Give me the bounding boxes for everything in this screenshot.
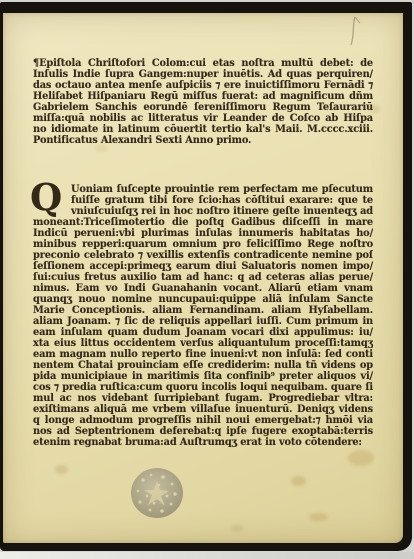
- header-line: ¶Epiſtola Chriſtofori Colom:cui etas noſ…: [33, 58, 373, 69]
- body-line: cos ⁊ predia ruſtica:cum quoru incolis l…: [33, 382, 373, 393]
- body-line: moneant:Triceſimotertio die poſtq Gadibu…: [33, 217, 373, 228]
- body-line: preconio celebrato ⁊ vexillis extenſis c…: [33, 250, 373, 261]
- pen-stroke-icon: [339, 13, 369, 53]
- header-line: Pontificatus Alexandri Sexti Anno primo.: [33, 135, 373, 146]
- body-line: etenim regnabat bruma:ad Auſtrumqʒ erat …: [33, 437, 373, 448]
- photo-background: [0, 552, 414, 559]
- stain: [369, 105, 380, 113]
- stain: [95, 145, 107, 152]
- body-line: pida municipiaue in maritimis ſita confi…: [33, 371, 373, 382]
- body-paragraph: Uoniam ſuſcepte prouintie rem perfectam …: [33, 184, 373, 448]
- stain: [55, 465, 68, 474]
- stain: [309, 513, 328, 521]
- body-line: aliam Joanam. ⁊ ſic de reliquis appellar…: [33, 316, 373, 327]
- header-line: Heliſabet Hiſpaniaru Regū miſſus fuerat:…: [33, 91, 373, 102]
- printed-header: ¶Epiſtola Chriſtofori Colom:cui etas noſ…: [33, 58, 373, 146]
- stain: [231, 525, 243, 532]
- stain: [291, 476, 306, 486]
- body-line: fuiſſe gratum tibi fore ſcio:has cōſtitu…: [33, 195, 373, 206]
- body-line: Uoniam ſuſcepte prouintie rem perfectam …: [33, 184, 373, 195]
- body-line: vniuſcuiuſqʒ rei in hoc noſtro itinere g…: [33, 206, 373, 217]
- body-line: quanqʒ nouo nomine nuncupaui:quippe aliā…: [33, 294, 373, 305]
- header-line: Inſulis Indie ſupra Gangem:nuper inuētis…: [33, 69, 373, 80]
- header-line: no idiomate in latinum cōuertit tertio k…: [33, 124, 373, 135]
- body-line: Indicū perueni:vbi plurimas inſulas innu…: [33, 228, 373, 239]
- body-line: eam inſulam quam dudum Joanam vocari dix…: [33, 327, 373, 338]
- stain: [348, 450, 374, 466]
- header-line: miſſa:quā nobilis ac litteratus vir Lean…: [33, 113, 373, 124]
- body-line: exiſtimans aliquā me vrbem villaſue inue…: [33, 404, 373, 415]
- body-line: xta eius littus occidentem verſus aliqua…: [33, 338, 373, 349]
- body-line: eam magnam nullo reperto fine inueni:vt …: [33, 349, 373, 360]
- body-line: q longe admodum progreſſis nihil noui em…: [33, 415, 373, 426]
- page: ¶Epiſtola Chriſtofori Colom:cui etas noſ…: [3, 13, 403, 543]
- body-line: nos ad Septentrionem deferebat:q ipſe fu…: [33, 426, 373, 437]
- body-line: ſeſſionem accepi:primeqʒ earum diui Salu…: [33, 261, 373, 272]
- library-stamp-icon: [129, 466, 185, 520]
- header-line: Gabrielem Sanchis eorundē ſereniſſimoru …: [33, 102, 373, 113]
- body-line: mul ac nos videbant ſurripiebant fugam. …: [33, 393, 373, 404]
- body-line: minibus repperi:quarum omnium pro felici…: [33, 239, 373, 250]
- body-line: nimus. Eam vo Indi Guanahanin vocant. Al…: [33, 283, 373, 294]
- body-line: ſui:cuius fretus auxilio tam ad hanc: q …: [33, 272, 373, 283]
- body-line: Marie Conceptionis. aliam Fernandinam. a…: [33, 305, 373, 316]
- body-line: nentem Chatai prouinciam eſſe crediderim…: [33, 360, 373, 371]
- scanned-document-photo: { "document": { "kind": "incunabulum-let…: [0, 0, 414, 559]
- header-line: das octauo antea menſe auſpiciis ⁊ ere i…: [33, 80, 373, 91]
